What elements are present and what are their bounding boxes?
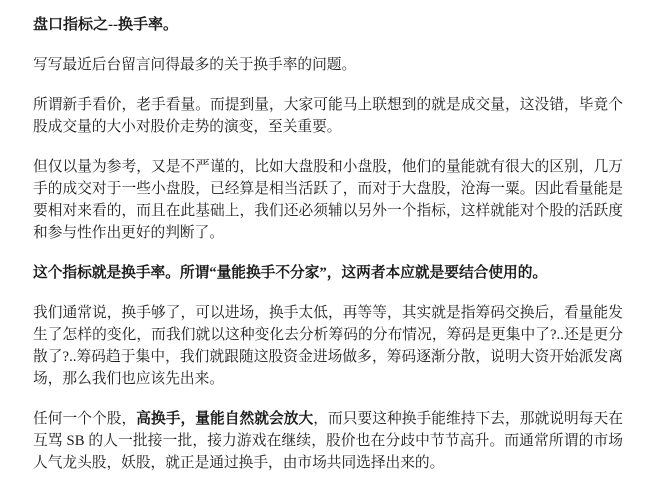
- paragraph-text: 这个指标就是换手率。所谓“量能换手不分家”，这两者本应就是要结合使用的。: [33, 265, 547, 281]
- document-title: 盘口指标之--换手率。: [33, 14, 623, 36]
- paragraph-chip-analysis: 我们通常说，换手够了，可以进场，换手太低，再等等，其实就是指筹码交换后，看量能发…: [33, 302, 623, 390]
- paragraph-text: 所谓新手看价，老手看量。而提到量，大家可能马上联想到的就是成交量，这没错，毕竟个…: [33, 97, 623, 135]
- document-page: 盘口指标之--换手率。 写写最近后台留言问得最多的关于换手率的问题。 所谓新手看…: [0, 0, 652, 483]
- paragraph-indicator-statement: 这个指标就是换手率。所谓“量能换手不分家”，这两者本应就是要结合使用的。: [33, 262, 623, 284]
- paragraph-text: 任何一个个股，: [33, 411, 136, 427]
- paragraph-price-vs-volume: 所谓新手看价，老手看量。而提到量，大家可能马上联想到的就是成交量，这没错，毕竟个…: [33, 94, 623, 138]
- paragraph-volume-limitations: 但仅以量为参考，又是不严谨的，比如大盘股和小盘股，他们的量能就有很大的区别，几万…: [33, 156, 623, 244]
- paragraph-text: 我们通常说，换手够了，可以进场，换手太低，再等等，其实就是指筹码交换后，看量能发…: [33, 305, 623, 387]
- paragraph-intro: 写写最近后台留言问得最多的关于换手率的问题。: [33, 54, 623, 76]
- paragraph-text-emphasis: 高换手，量能自然就会放大: [136, 411, 313, 427]
- paragraph-text: 但仅以量为参考，又是不严谨的，比如大盘股和小盘股，他们的量能就有很大的区别，几万…: [33, 159, 623, 241]
- paragraph-text: 写写最近后台留言问得最多的关于换手率的问题。: [33, 57, 356, 73]
- paragraph-high-turnover: 任何一个个股，高换手，量能自然就会放大，而只要这种换手能维持下去，那就说明每天在…: [33, 408, 623, 474]
